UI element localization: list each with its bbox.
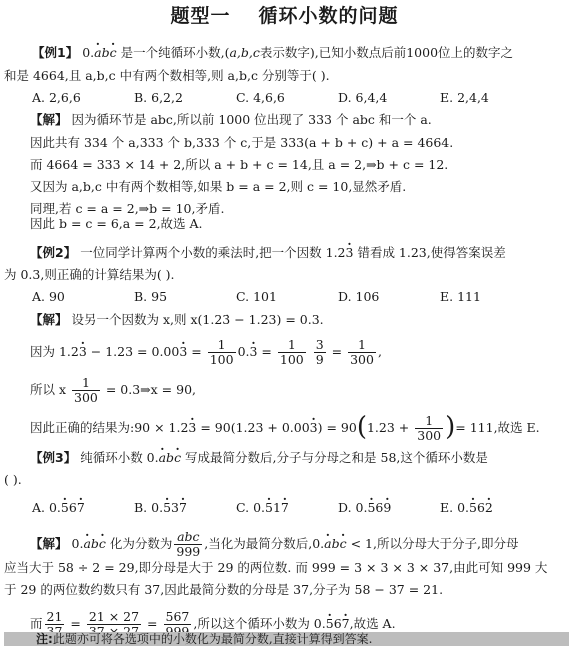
solution1-tag: 【解】 [30,112,68,127]
example2-line2: 为 0.3,则正确的计算结果为( ). [4,267,175,283]
text: 一位同学计算两个小数的乘法时,把一个因数 1.2 [80,245,345,260]
text: 1.23 + [367,420,413,435]
repeat-digit: c [340,536,347,552]
fraction: abc999 [174,530,202,559]
solution3-tag: 【解】 [30,536,68,551]
example2-tag: 【例2】 [30,245,76,260]
text: = 111,故选 E. [455,420,539,435]
page-title: 题型一循环小数的问题 [0,2,569,30]
example2-line1: 【例2】 一位同学计算两个小数的乘法时,把一个因数 1.23 错看成 1.23,… [30,245,506,261]
digit: 6 [375,500,383,515]
text: ) = 90 [318,420,357,435]
repeat-digit: 7 [77,500,85,516]
option-d: D. 6,4,4 [338,90,387,106]
solution2-line1: 【解】 设另一个因数为 x,则 x(1.23̇ − 1.23) = 0.3. [30,312,324,328]
text: − 1.23 = 0.00 [87,344,180,359]
solution2-line2: 因为 1.23 − 1.23 = 0.003 = 11000.3 = 1100 … [30,338,382,367]
repeat-digit: 7 [281,500,289,516]
digit: b [102,45,110,60]
text: 表示数字),已知小数点后前1000位上的数字之 [260,45,513,60]
text: 0. [82,45,94,60]
denominator: 300 [72,390,100,405]
repeat-digit: 5 [367,500,375,516]
solution3-line3: 于 29 的两位数约数只有 37,因此最简分数的分母是 37,分子为 58 − … [4,582,443,598]
fraction: 39 [314,338,326,367]
denominator: 100 [278,352,306,367]
example3-tag: 【例3】 [30,450,76,465]
option-b: B. 95 [134,289,167,305]
repeat-digit: c [110,45,117,61]
solution2-line4: 因此正确的结果为:90 × 1.23 = 90(1.23 + 0.003) = … [30,414,540,443]
repeat-digit: a [94,45,101,61]
example1-tag: 【例1】 [32,45,78,60]
solution1-line3: 而 4664 = 333 × 14 + 2,所以 a + b + c = 14,… [30,157,448,173]
solution1-line2: 因此共有 334 个 a,333 个 b,333 个 c,于是 333(a + … [30,135,453,151]
solution1-line4: 又因为 a,b,c 中有两个数相等,如果 b = a = 2,则 c = 10,… [30,179,406,195]
option-a: A. 2,6,6 [32,90,81,106]
solution3-line2: 应当大于 58 ÷ 2 = 29,即分母是大于 29 的两位数. 而 999 =… [4,560,547,576]
option-a: A. 90 [32,289,65,305]
text: ,所以这个循环小数为 0. [193,616,325,631]
option-c: C. 0.517 [236,500,289,516]
text: ,故选 A. [350,616,396,631]
repeat-digit: 2 [485,500,493,516]
repeat-digit: a [159,450,166,466]
note-body: 此题亦可将各选项中的小数化为最简分数,直接计算得到答案. [53,632,373,646]
digit: b [166,450,174,465]
digit: 1 [273,500,281,515]
note-bar: 注:此题亦可将各选项中的小数化为最简分数,直接计算得到答案. [4,632,569,646]
text: = [143,616,161,631]
text: = [328,344,346,359]
denominator: 999 [174,544,202,559]
numerator: 1 [80,376,92,390]
text: 错看成 1.23,使得答案误差 [353,245,505,260]
repeat-digit: c [174,450,181,466]
label: D. 0. [338,500,367,515]
numerator: 1 [286,338,298,352]
repeat-digit: 7 [342,616,350,632]
label: C. 0. [236,500,265,515]
repeat-digit: 3 [179,344,187,360]
repeat-digit: 3 [346,245,354,261]
solution2-tag: 【解】 [30,312,68,327]
title-part2: 循环小数的问题 [259,5,399,27]
example1-line2: 和是 4664,且 a,b,c 中有两个数相等,则 a,b,c 分别等于( ). [4,68,330,84]
repeat-digit: 5 [469,500,477,516]
repeat-digit: a [83,536,90,552]
numerator: 21 [45,610,65,624]
text: = [66,616,84,631]
repeat-digit: a [324,536,331,552]
text: ,当化为最简分数后,0. [204,536,324,551]
fraction: 1100 [208,338,236,367]
text: 因此正确的结果为:90 × 1.2 [30,420,188,435]
text: < 1,所以分母大于分子,即分母 [347,536,519,551]
fraction: 1300 [348,338,376,367]
numerator: 1 [216,338,228,352]
text: 因为 1.2 [30,344,79,359]
option-b: B. 6,2,2 [134,90,183,106]
vars: a,b,c [229,45,259,60]
digit: 6 [477,500,485,515]
denominator: 300 [415,428,443,443]
text: 0. [238,344,250,359]
numerator: 1 [423,414,435,428]
option-c: C. 4,6,6 [236,90,285,106]
fraction: 1300 [415,414,443,443]
denominator: 300 [348,352,376,367]
solution3-line1: 【解】 0.abc 化为分数为abc999,当化为最简分数后,0.abc < 1… [30,530,518,559]
text: 设另一个因数为 x,则 x(1.23̇ − 1.23) = 0.3. [72,312,324,327]
text: 纯循环小数 0. [80,450,158,465]
text: 0. [72,536,84,551]
solution2-line3: 所以 x 1300 = 0.3⇒x = 90, [30,376,196,405]
text: 是一个纯循环小数,( [121,45,230,60]
paren: ( [357,412,367,442]
fraction: 1300 [72,376,100,405]
title-part1: 题型一 [170,5,230,27]
text: 因为循环节是 abc,所以前 1000 位出现了 333 个 abc 和一个 a… [72,112,432,127]
solution1-line6: 因此 b = c = 6,a = 2,故选 A. [30,216,203,232]
repeat-digit: 5 [326,616,334,632]
digit: 6 [69,500,77,515]
solution1-line1: 【解】 因为循环节是 abc,所以前 1000 位出现了 333 个 abc 和… [30,112,432,128]
numerator: 1 [356,338,368,352]
digit: 6 [334,616,342,631]
solution1-line5: 同理,若 c = a = 2,⇒b = 10,矛盾. [30,201,224,217]
option-e: E. 0.562 [440,500,493,516]
label: A. 0. [32,500,61,515]
option-a: A. 0.567 [32,500,85,516]
numerator: abc [175,530,201,544]
digit: b [332,536,340,551]
option-e: E. 2,4,4 [440,90,489,106]
repeat-digit: 5 [265,500,273,516]
note-label: 注: [36,632,53,646]
option-b: B. 0.537 [134,500,187,516]
example3-line1: 【例3】 纯循环小数 0.abc 写成最简分数后,分子与分母之和是 58,这个循… [30,450,488,466]
repeat-digit: 7 [179,500,187,516]
option-d: D. 106 [338,289,379,305]
repeat-digit: 3 [79,344,87,360]
numerator: 3 [314,338,326,352]
repeat-digit: 5 [163,500,171,516]
text: 而 [30,616,43,631]
text: 写成最简分数后,分子与分母之和是 58,这个循环小数是 [181,450,488,465]
denominator: 9 [314,352,326,367]
label: E. 0. [440,500,469,515]
note-text: 注:此题亦可将各选项中的小数化为最简分数,直接计算得到答案. [36,632,372,646]
text: , [378,344,382,359]
numerator: 21 × 27 [87,610,141,624]
option-c: C. 101 [236,289,277,305]
text: 化为分数为 [106,536,172,551]
repeat-digit: c [99,536,106,552]
text: = [187,344,205,359]
numerator: 567 [164,610,192,624]
text: = 0.3⇒x = 90, [102,382,196,397]
text: = 90(1.23 + 0.00 [196,420,309,435]
paren: ) [445,412,455,442]
repeat-digit: 3 [250,344,258,360]
denominator: 100 [208,352,236,367]
repeat-digit: 3 [310,420,318,436]
example1-line1: 【例1】 0.abc 是一个纯循环小数,(a,b,c表示数字),已知小数点后前1… [32,45,513,61]
example3-line2: ( ). [4,472,22,488]
digit: b [91,536,99,551]
repeat-digit: 5 [61,500,69,516]
repeat-digit: 3 [188,420,196,436]
text: 所以 x [30,382,66,397]
option-e: E. 111 [440,289,481,305]
text: = [257,344,275,359]
label: B. 0. [134,500,163,515]
option-d: D. 0.569 [338,500,391,516]
fraction: 1100 [278,338,306,367]
digit: 3 [171,500,179,515]
repeat-digit: 9 [383,500,391,516]
